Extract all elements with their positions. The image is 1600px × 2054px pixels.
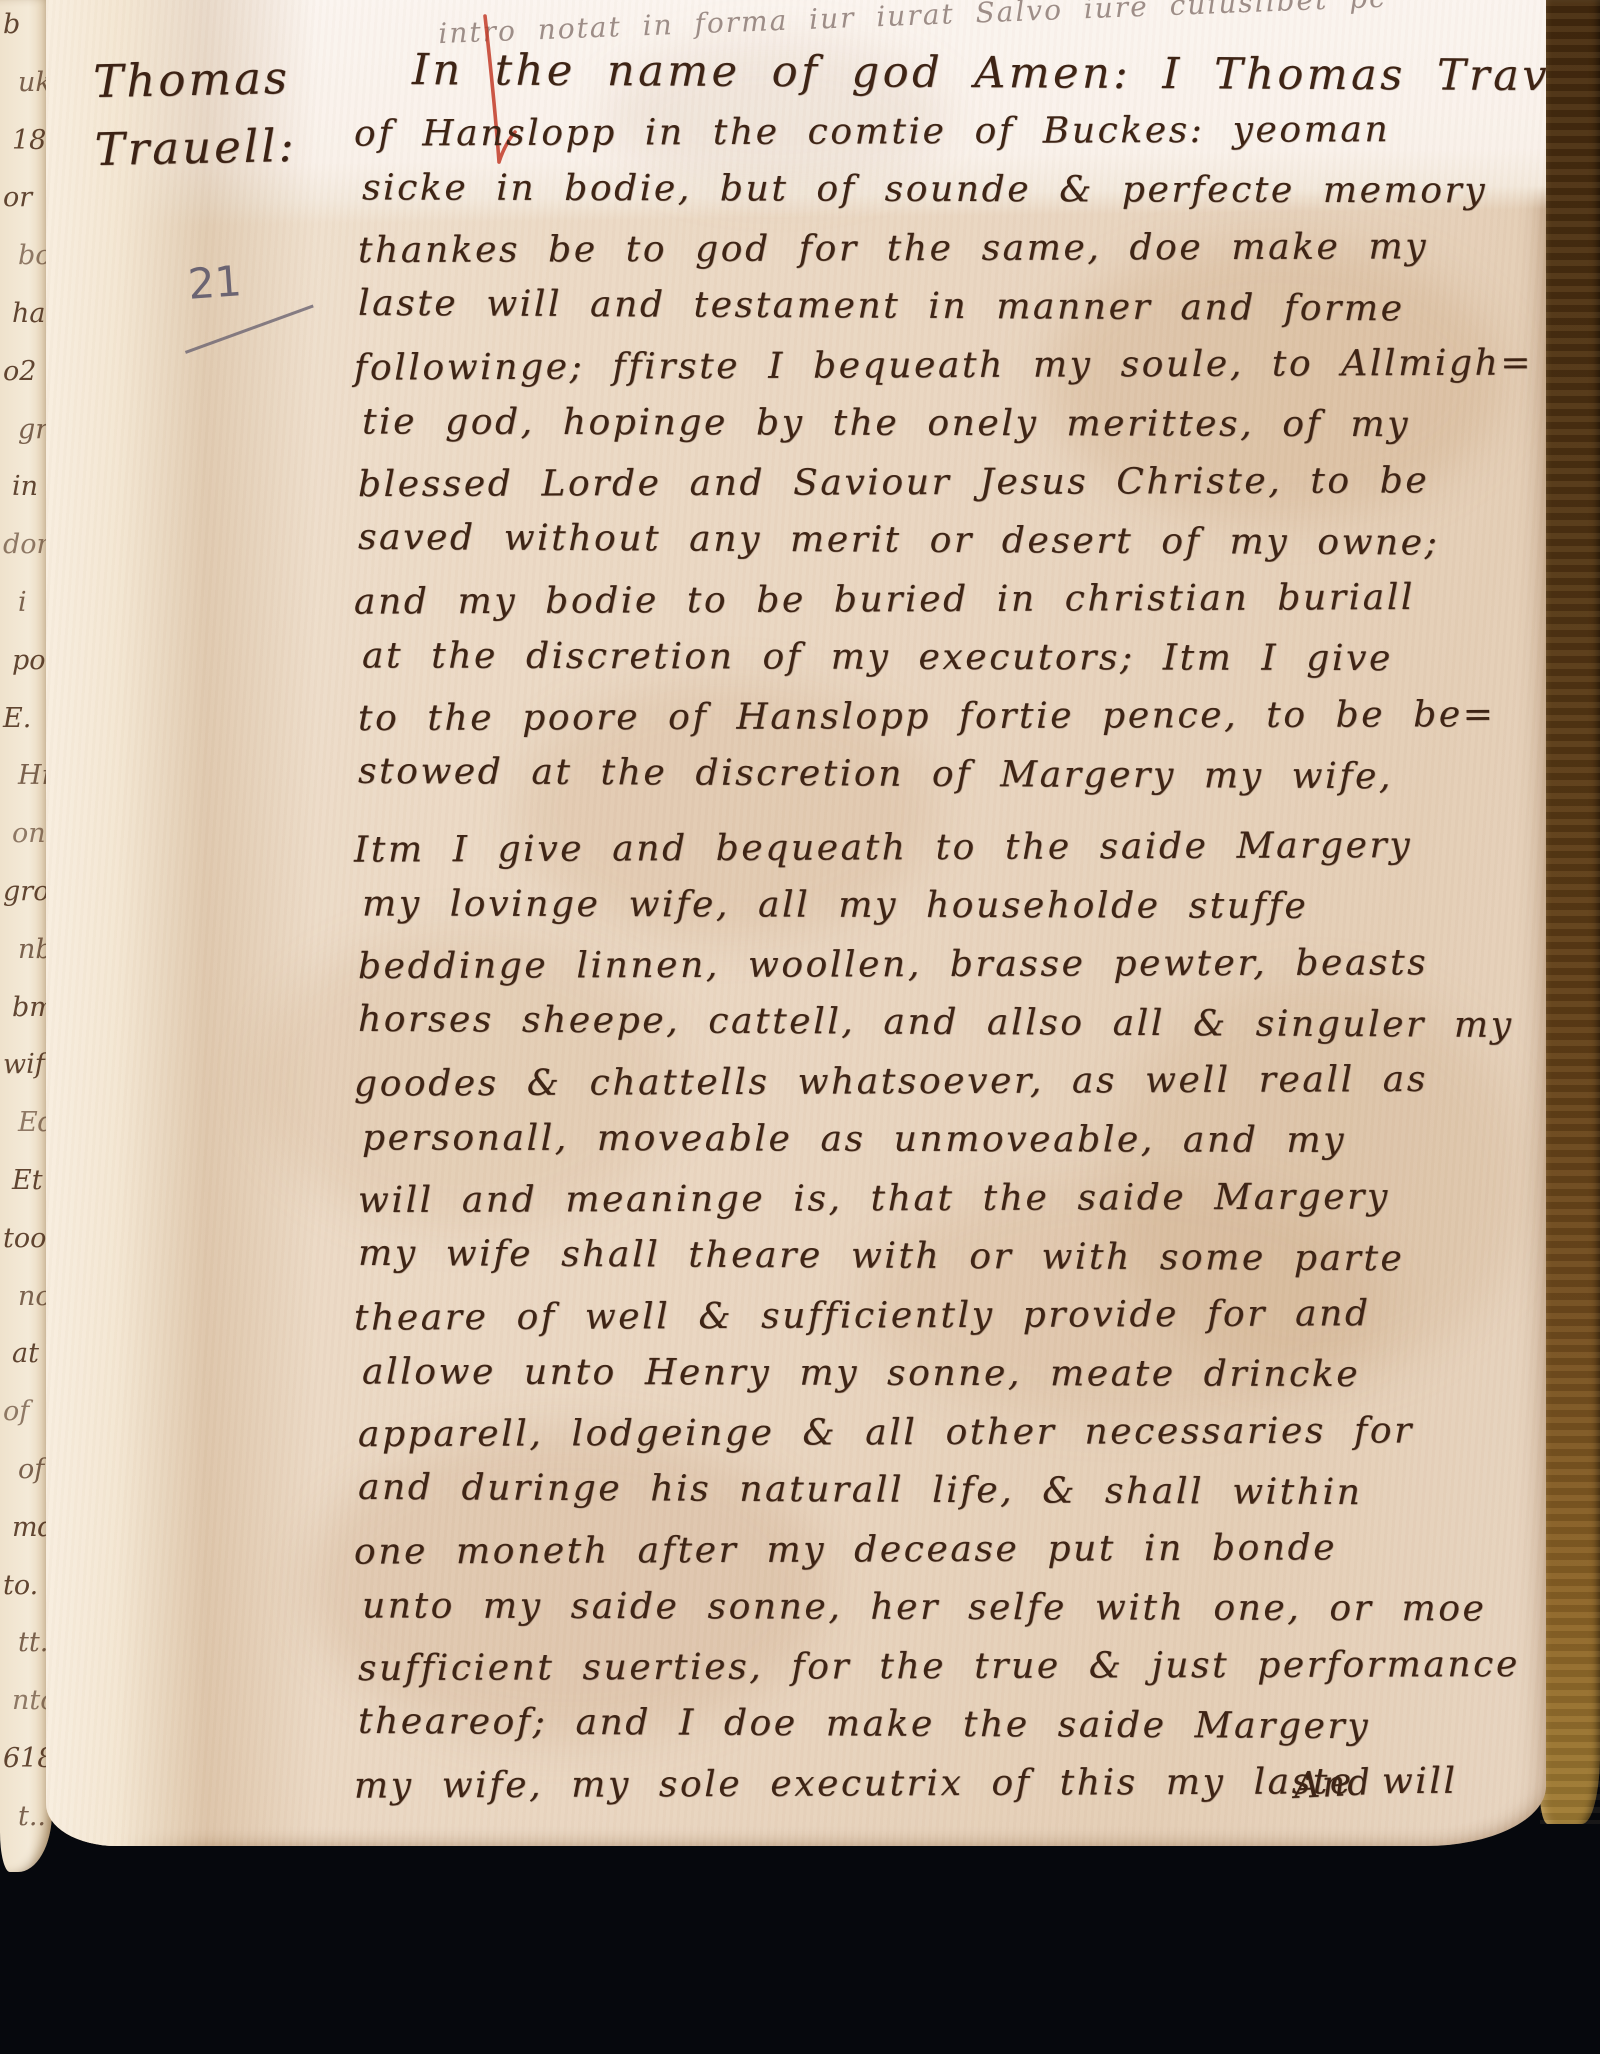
testator-first-name: Thomas: [93, 44, 296, 116]
edge-text-fragment: md: [0, 1513, 52, 1543]
will-text-line: In the name of god Amen: I Thomas Travel…: [358, 41, 1546, 106]
edge-text-fragment: 618: [0, 1744, 52, 1774]
edge-text-fragment: tt.: [0, 1628, 52, 1658]
edge-text-fragment: uke: [0, 68, 52, 98]
will-text-line: followinge; ffirste I bequeath my soule,…: [354, 334, 1546, 398]
will-text-line: saved without any merit or desert of my …: [358, 509, 1546, 574]
edge-text-fragment: Hm: [0, 761, 52, 791]
edge-text-fragment: or: [0, 183, 52, 213]
edge-text-fragment: ntot: [0, 1686, 52, 1716]
will-text-line: unto my saide sonne, her selfe with one,…: [362, 1577, 1546, 1639]
will-text-line: and my bodie to be buried in christian b…: [354, 568, 1546, 632]
will-text-line: theareof; and I doe make the saide Marge…: [358, 1693, 1546, 1758]
edge-text-fragment: gra: [0, 415, 52, 445]
edge-text-fragment: 18.: [0, 126, 52, 156]
will-text-line: and duringe his naturall life, & shall w…: [358, 1459, 1546, 1524]
edge-text-fragment: t..: [0, 1802, 52, 1832]
will-text-line: laste will and testament in manner and f…: [358, 275, 1546, 340]
book-binding-spine: [1540, 0, 1600, 1824]
will-text-line: one moneth after my decease put in bonde: [354, 1518, 1546, 1582]
folio-number-text: 21: [186, 256, 243, 309]
will-text-line: apparell, lodgeinge & all other necessar…: [358, 1401, 1546, 1464]
testator-surname: Trauell:: [94, 112, 297, 184]
edge-text-fragment: at: [0, 1339, 52, 1369]
manuscript-page: intro notat in forma iur iurat Salvo iur…: [46, 0, 1546, 1846]
edge-text-fragment: Et: [0, 1166, 52, 1196]
edge-text-fragment: b: [0, 10, 52, 40]
will-text-line: goodes & chattells whatsoever, as well r…: [354, 1050, 1546, 1114]
previous-page-edge: buke18.orbonhao2graindomiporE.Hmonkgrotn…: [0, 0, 52, 1872]
edge-text-fragment: in: [0, 472, 52, 502]
edge-text-fragment: no: [0, 1282, 52, 1312]
will-text-line: my lovinge wife, all my householde stuff…: [362, 875, 1546, 937]
will-text-line: my wife shall theare with or with some p…: [358, 1225, 1546, 1290]
edge-text-fragment: dom: [0, 530, 52, 560]
catchword: And: [1293, 1762, 1373, 1807]
edge-text-fragment: bon: [0, 241, 52, 271]
will-text-line: of Hanslopp in the comtie of Buckes: yeo…: [354, 100, 1546, 164]
edge-text-fragment: Ed: [0, 1108, 52, 1138]
edge-text-fragment: E.: [0, 704, 52, 734]
will-text-line: personall, moveable as unmoveable, and m…: [362, 1109, 1546, 1171]
will-text-line: sicke in bodie, but of sounde & perfecte…: [362, 159, 1546, 221]
will-text-line: at the discretion of my executors; Itm I…: [362, 627, 1546, 689]
will-text-line: will and meaninge is, that the saide Mar…: [358, 1167, 1546, 1230]
edge-text-fragment: o2: [0, 357, 52, 387]
edge-text-fragment: nb: [0, 935, 52, 965]
will-text-line: beddinge linnen, woollen, brasse pewter,…: [358, 933, 1546, 996]
margin-testator-name: Thomas Trauell:: [93, 44, 298, 184]
edge-text-fragment: to.: [0, 1571, 52, 1601]
will-text-line: blessed Lorde and Saviour Jesus Christe,…: [358, 451, 1546, 514]
edge-text-fragment: grot: [0, 877, 52, 907]
edge-text-fragment: wif: [0, 1050, 52, 1080]
binding-texture: [1540, 0, 1600, 1824]
edge-text-fragment: of: [0, 1455, 52, 1485]
pencil-folio-number: 21: [186, 256, 243, 309]
will-text-block: In the name of god Amen: I Thomas Travel…: [358, 44, 1546, 1813]
edge-text-fragment: por: [0, 646, 52, 676]
will-text-line: sufficient suerties, for the true & just…: [358, 1635, 1546, 1698]
will-text-line: Itm I give and bequeath to the saide Mar…: [354, 816, 1546, 880]
will-text-line: to the poore of Hanslopp fortie pence, t…: [358, 685, 1546, 748]
edge-text-fragment: ha: [0, 299, 52, 329]
will-text-line: thankes be to god for the same, doe make…: [358, 217, 1546, 280]
will-text-line: tie god, hopinge by the onely merittes, …: [362, 393, 1546, 455]
will-text-line: stowed at the discretion of Margery my w…: [358, 743, 1546, 808]
edge-text-fragment: i: [0, 588, 52, 618]
edge-text-fragment: tool: [0, 1224, 52, 1254]
edge-text-fragment: onk: [0, 819, 52, 849]
will-text-line: allowe unto Henry my sonne, meate drinck…: [362, 1343, 1546, 1405]
edge-text-fragment: bmo: [0, 993, 52, 1023]
will-text-line: theare of well & sufficiently provide fo…: [354, 1284, 1546, 1348]
manuscript-photo: buke18.orbonhao2graindomiporE.Hmonkgrotn…: [0, 0, 1600, 2054]
edge-text-fragment: of: [0, 1397, 52, 1427]
will-text-line: horses sheepe, cattell, and allso all & …: [358, 991, 1546, 1056]
